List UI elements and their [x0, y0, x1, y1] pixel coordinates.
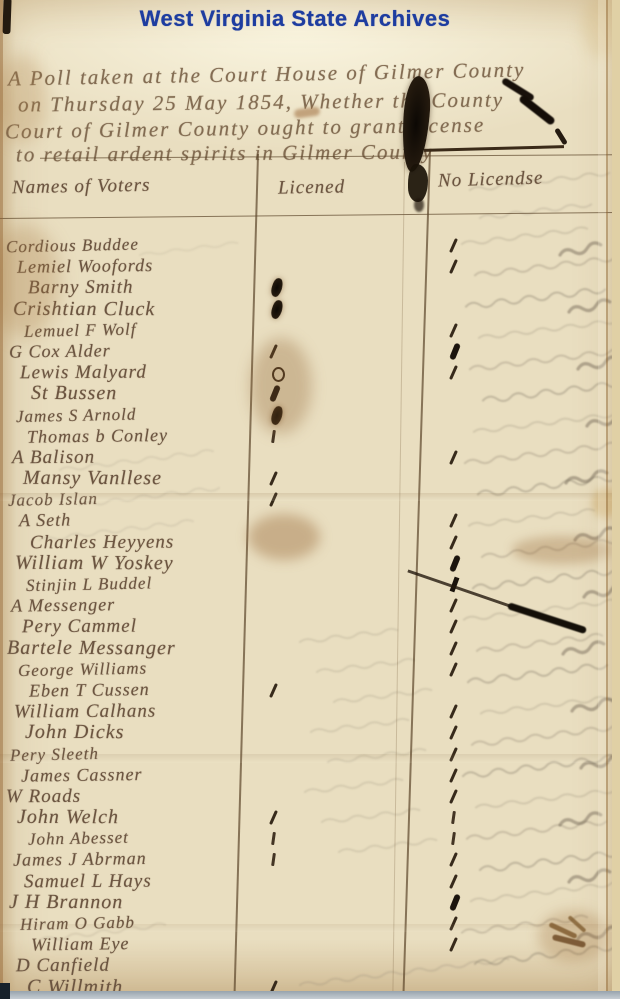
voter-name: John Welch: [0, 807, 119, 828]
bottom-left-dark-corner: [0, 983, 10, 999]
voter-row: J H Brannon: [0, 892, 615, 913]
voter-row: Bartele Messanger: [0, 638, 615, 659]
voter-row: Stinjin L Buddel: [0, 574, 615, 595]
no-licence-mark: [451, 832, 455, 845]
underline-flourish: [424, 145, 564, 152]
heavy-pen-stroke: [518, 94, 556, 126]
voter-row: George Williams: [0, 659, 615, 680]
voter-row: Eben T Cussen: [0, 680, 615, 701]
voter-row: Pery Cammel: [0, 616, 615, 637]
no-licence-mark: [449, 365, 458, 380]
licence-mark: [271, 832, 275, 845]
voter-row: William Eye: [0, 934, 615, 955]
no-licence-mark: [449, 554, 461, 572]
voter-row: A Balison: [0, 447, 615, 468]
voter-name: William Eye: [0, 933, 130, 956]
edge-ink-mark: [2, 0, 11, 34]
no-licence-mark: [449, 725, 458, 740]
no-licence-mark: [449, 342, 461, 360]
column-header-names: Names of Voters: [12, 175, 151, 199]
ink-smudge-stain: [512, 536, 612, 564]
voter-name: Stinjin L Buddel: [0, 572, 152, 596]
voter-name: G Cox Alder: [0, 340, 111, 362]
no-licence-mark: [449, 937, 458, 952]
no-licence-mark: [449, 535, 458, 550]
voter-row: Cordious Buddee: [0, 235, 615, 256]
right-paper-edge: [612, 0, 620, 999]
no-licence-mark: [449, 893, 461, 911]
voter-name: St Bussen: [0, 383, 117, 404]
voter-rows: Cordious Buddee Lemiel Woofords Barny Sm…: [0, 235, 615, 998]
ink-blot-tail: [408, 164, 428, 202]
no-licence-mark: [449, 662, 458, 677]
scanned-document-page: West Virginia State Archives A Poll take…: [0, 0, 620, 999]
voter-row: John Welch: [0, 807, 615, 828]
ink-blot-drip: [414, 198, 424, 212]
voter-name: D Canfield: [0, 955, 110, 977]
licence-mark: [269, 277, 284, 298]
preamble-line: A Poll taken at the Court House of Gilme…: [8, 57, 526, 91]
horizontal-crease: [0, 493, 620, 501]
voter-row: John Abesset: [0, 828, 615, 849]
voter-row: Mansy Vanllese: [0, 468, 615, 489]
voter-name: James S Arnold: [0, 403, 137, 427]
voter-name: A Balison: [0, 447, 95, 468]
voter-name: William W Yoskey: [0, 553, 174, 574]
column-header-licence: Licened: [278, 176, 346, 199]
no-licence-mark: [451, 811, 455, 824]
archive-banner-title: West Virginia State Archives: [0, 6, 590, 32]
no-licence-mark: [449, 768, 458, 783]
no-licence-mark: [450, 577, 460, 593]
voter-name: A Messenger: [0, 594, 115, 617]
licence-mark: [269, 683, 278, 698]
licence-mark: [271, 853, 275, 866]
voter-row: W Roads: [0, 786, 615, 807]
voter-name: Eben T Cussen: [0, 679, 150, 702]
voter-name: J H Brannon: [0, 892, 123, 913]
voter-name: Charles Heyyens: [0, 531, 174, 553]
voter-name: James Cassner: [0, 764, 143, 787]
no-licence-mark: [449, 450, 458, 465]
voter-name: W Roads: [0, 786, 81, 807]
voter-name: Thomas b Conley: [0, 425, 168, 448]
ink-smudge-stain: [248, 514, 320, 560]
voter-row: Samuel L Hays: [0, 871, 615, 892]
no-licence-mark: [449, 238, 458, 253]
column-header-no-licence: No Licendse: [438, 168, 544, 193]
voter-row: William Calhans: [0, 701, 615, 722]
licence-mark: [269, 810, 278, 825]
voter-row: James J Abrman: [0, 849, 615, 870]
voter-name: Samuel L Hays: [0, 870, 152, 892]
voter-name: Pery Cammel: [0, 616, 137, 638]
horizontal-crease: [0, 924, 620, 932]
voter-name: Lewis Malyard: [0, 362, 147, 384]
no-licence-mark: [449, 619, 458, 634]
voter-name: John Abesset: [0, 827, 129, 851]
voter-name: Bartele Messanger: [0, 637, 176, 658]
voter-name: William Calhans: [0, 701, 156, 723]
no-licence-mark: [449, 874, 458, 889]
horizontal-crease: [0, 754, 620, 763]
no-licence-mark: [449, 598, 458, 613]
preamble-line: to retail ardent spirits in Gilmer Count…: [16, 140, 434, 168]
no-licence-mark: [449, 789, 458, 804]
voter-row: Thomas b Conley: [0, 426, 615, 447]
voter-row: D Canfield: [0, 955, 615, 976]
voter-row: G Cox Alder: [0, 341, 615, 362]
scanner-bottom-band: [0, 991, 620, 999]
no-licence-mark: [449, 323, 458, 338]
voter-row: Lemiel Woofords: [0, 256, 615, 277]
underline-flourish-hook: [554, 128, 568, 146]
no-licence-mark: [449, 513, 458, 528]
ink-smudge-stain: [250, 338, 312, 434]
voter-row: Barny Smith: [0, 277, 615, 298]
voter-name: A Seth: [0, 510, 71, 532]
voter-row: Crishtian Cluck: [0, 299, 615, 320]
voter-row: John Dicks: [0, 722, 615, 743]
no-licence-mark: [449, 852, 458, 867]
header-bottom-rule: [0, 212, 616, 219]
no-licence-mark: [449, 704, 458, 719]
voter-name: James J Abrman: [0, 848, 147, 871]
licence-mark: [269, 471, 278, 486]
right-edge-highlight: [598, 0, 606, 999]
voter-name: George Williams: [0, 657, 147, 681]
left-paper-edge: [0, 0, 3, 999]
licence-mark: [269, 298, 284, 319]
voter-name: Mansy Vanllese: [0, 468, 162, 489]
right-paper-crease: [606, 0, 608, 999]
voter-row: James Cassner: [0, 765, 615, 786]
no-licence-mark: [449, 641, 458, 656]
voter-name: John Dicks: [0, 722, 124, 743]
no-licence-mark: [449, 259, 458, 274]
